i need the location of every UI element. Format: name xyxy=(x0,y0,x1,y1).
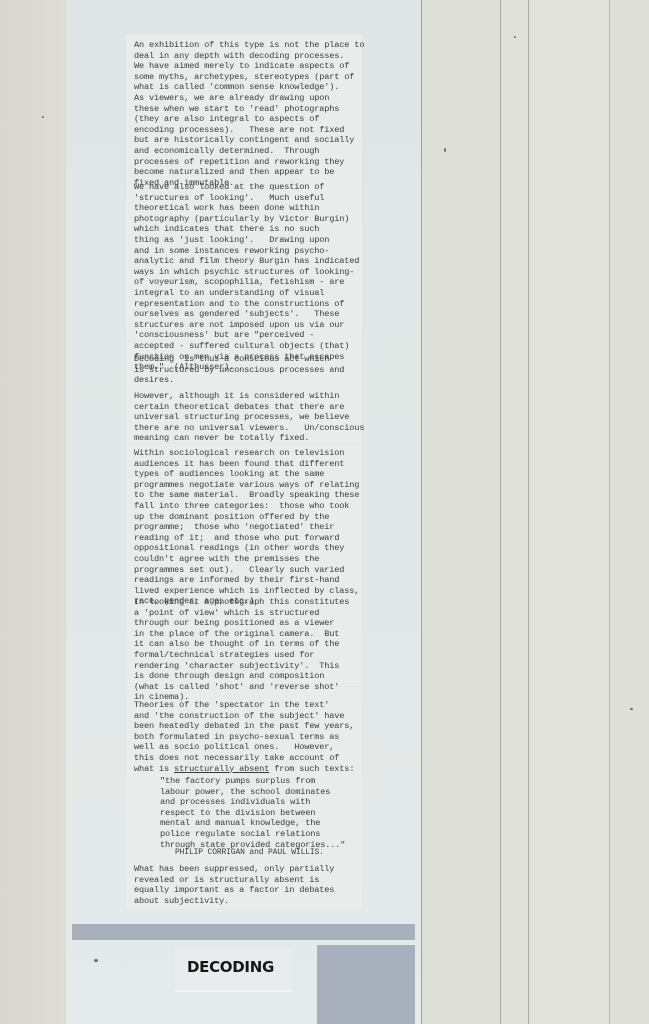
paragraph-spectator-lead: Theories of the 'spectator in the text' … xyxy=(134,700,354,774)
paragraph-intro: An exhibition of this type is not the pl… xyxy=(134,40,364,188)
paragraph-spectator: Theories of the 'spectator in the text' … xyxy=(134,700,364,774)
wall-speck xyxy=(444,148,446,152)
wall-speck xyxy=(42,116,44,118)
underlined-phrase: structurally absent xyxy=(174,764,269,774)
wall-panel-strip xyxy=(501,0,529,1024)
paragraph-television-audiences: Within sociological research on televisi… xyxy=(134,448,364,607)
paragraph-decoding: Decoding is thus a conscious act which i… xyxy=(134,354,364,386)
paragraph-conclusion: What has been suppressed, only partially… xyxy=(134,864,364,906)
grey-accent-block xyxy=(317,945,415,1024)
wall-panel-strip xyxy=(422,0,501,1024)
wall-left xyxy=(0,0,67,1024)
block-quote: "the factory pumps surplus from labour p… xyxy=(160,776,390,850)
paragraph-universal-viewers: However, although it is considered withi… xyxy=(134,391,364,444)
paragraph-point-of-view: In looking at a photograph this constitu… xyxy=(134,597,364,703)
paragraph-spectator-tail: from such texts: xyxy=(269,764,354,774)
wall-panel-strip xyxy=(529,0,610,1024)
quote-attribution: PHILIP CORRIGAN and PAUL WILLIS. xyxy=(175,848,405,859)
paragraph-structures-of-looking: We have also looked at the question of '… xyxy=(134,182,364,373)
grey-accent-bar xyxy=(72,924,415,940)
wall-speck xyxy=(94,959,98,962)
panel-title: DECODING xyxy=(187,958,274,976)
wall-speck xyxy=(514,36,516,38)
wall-speck xyxy=(630,708,633,710)
wall-panel-strip xyxy=(610,0,649,1024)
